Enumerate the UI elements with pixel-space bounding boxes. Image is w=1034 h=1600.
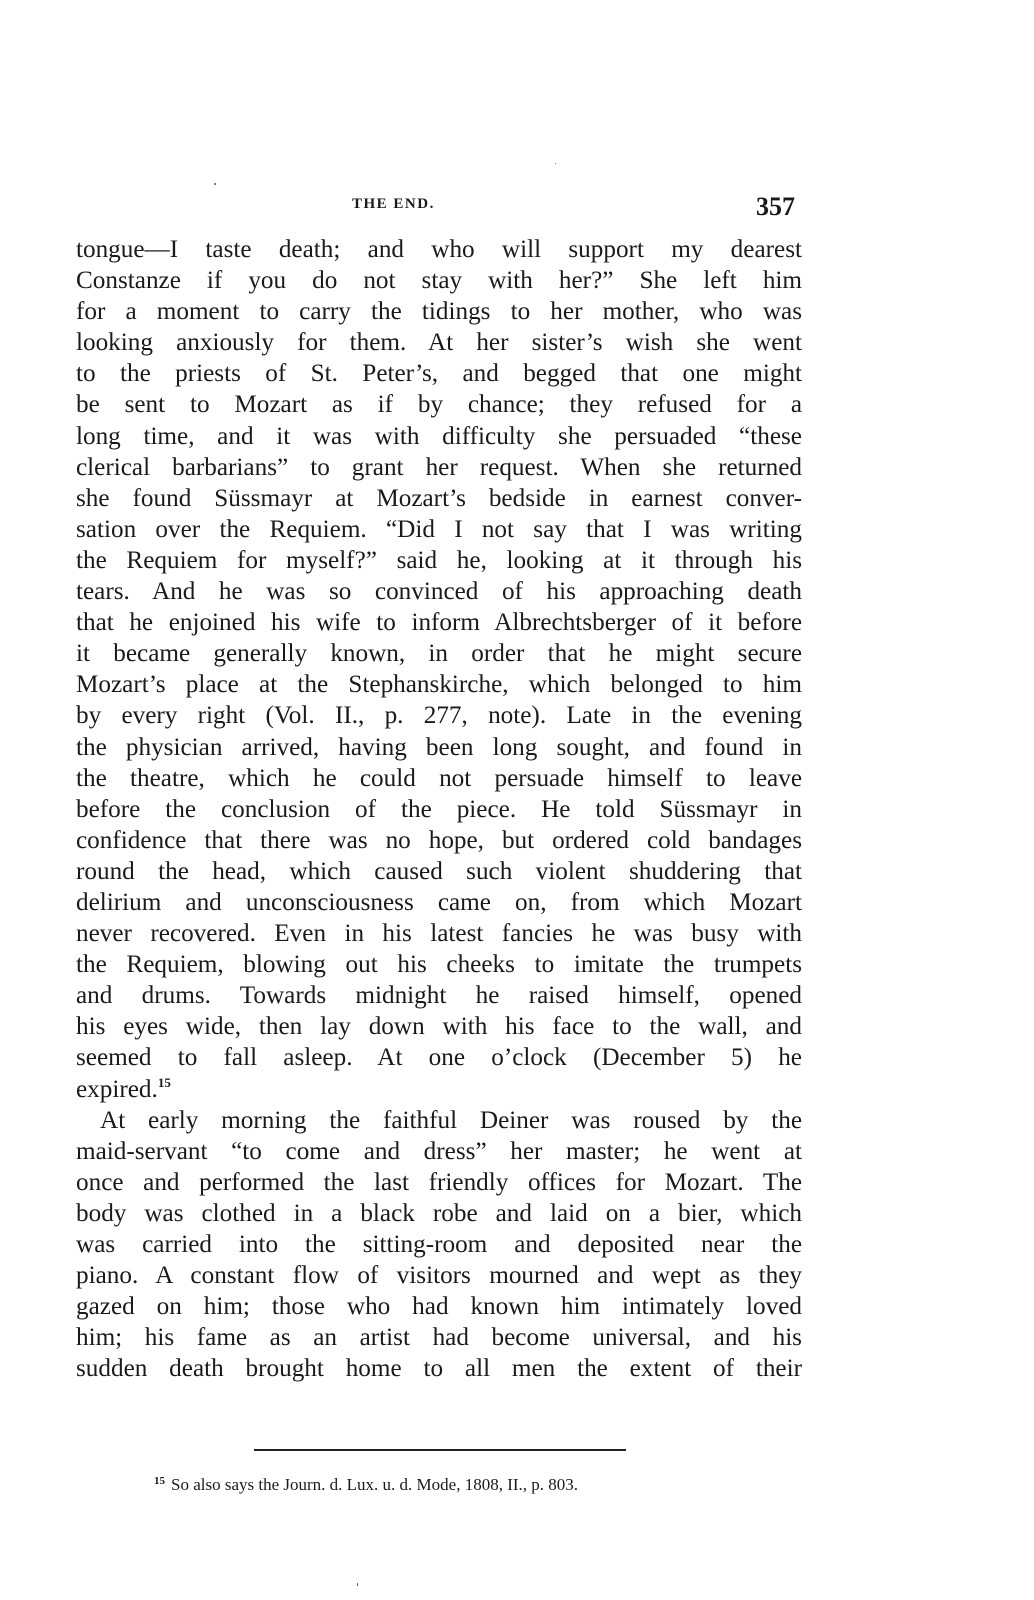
running-title: THE END. — [352, 196, 435, 213]
text-line: his eyes wide, then lay down with his fa… — [76, 1011, 802, 1042]
text-line: the Requiem for myself?” said he, lookin… — [76, 545, 802, 576]
text-line: for a moment to carry the tidings to her… — [76, 296, 802, 327]
scan-speck — [214, 183, 216, 185]
footnote-text: So also says the Journ. d. Lux. u. d. Mo… — [171, 1475, 578, 1494]
text-line-paragraph-end: expired.15 — [76, 1074, 802, 1105]
text-line: gazed on him; those who had known him in… — [76, 1291, 802, 1322]
body-text: tongue—I taste death; and who will suppo… — [76, 234, 802, 1384]
page-number: 357 — [756, 192, 795, 222]
text-line: and drums. Towards midnight he raised hi… — [76, 980, 802, 1011]
text-line: the physician arrived, having been long … — [76, 732, 802, 763]
text-line: round the head, which caused such violen… — [76, 856, 802, 887]
text-line: before the conclusion of the piece. He t… — [76, 794, 802, 825]
text-line: Constanze if you do not stay with her?” … — [76, 265, 802, 296]
scan-speck — [357, 1583, 358, 1586]
text-line: be sent to Mozart as if by chance; they … — [76, 389, 802, 420]
text-line: never recovered. Even in his latest fanc… — [76, 918, 802, 949]
scan-speck — [555, 163, 556, 164]
text-line: seemed to fall asleep. At one o’clock (D… — [76, 1042, 802, 1073]
text-line: tears. And he was so convinced of his ap… — [76, 576, 802, 607]
text-line: Mozart’s place at the Stephanskirche, wh… — [76, 669, 802, 700]
text-line: looking anxiously for them. At her siste… — [76, 327, 802, 358]
footnote: 15So also says the Journ. d. Lux. u. d. … — [154, 1470, 578, 1496]
footnote-reference: 15 — [158, 1075, 171, 1090]
text-line: sation over the Requiem. “Did I not say … — [76, 514, 802, 545]
text-line: that he enjoined his wife to inform Albr… — [76, 607, 802, 638]
text-line: piano. A constant flow of visitors mourn… — [76, 1260, 802, 1291]
text-line: clerical barbarians” to grant her reques… — [76, 452, 802, 483]
footnote-divider — [254, 1449, 626, 1451]
text-line: she found Süssmayr at Mozart’s bedside i… — [76, 483, 802, 514]
text-line: once and performed the last friendly off… — [76, 1167, 802, 1198]
text-line: body was clothed in a black robe and lai… — [76, 1198, 802, 1229]
text-line: sudden death brought home to all men the… — [76, 1353, 802, 1384]
text-line: by every right (Vol. II., p. 277, note).… — [76, 700, 802, 731]
book-page: THE END. 357 tongue—I taste death; and w… — [0, 0, 1034, 1600]
text-line: it became generally known, in order that… — [76, 638, 802, 669]
text-line: delirium and unconsciousness came on, fr… — [76, 887, 802, 918]
text-line: maid-servant “to come and dress” her mas… — [76, 1136, 802, 1167]
text-line-paragraph-start: At early morning the faithful Deiner was… — [76, 1105, 802, 1136]
text-line: confidence that there was no hope, but o… — [76, 825, 802, 856]
text-line: was carried into the sitting-room and de… — [76, 1229, 802, 1260]
text-line: tongue—I taste death; and who will suppo… — [76, 234, 802, 265]
text-line: the Requiem, blowing out his cheeks to i… — [76, 949, 802, 980]
text-line: the theatre, which he could not persuade… — [76, 763, 802, 794]
text-line: to the priests of St. Peter’s, and begge… — [76, 358, 802, 389]
footnote-mark: 15 — [154, 1475, 165, 1487]
text-line: long time, and it was with difficulty sh… — [76, 421, 802, 452]
text-line-content: expired. — [76, 1076, 158, 1103]
text-line: him; his fame as an artist had become un… — [76, 1322, 802, 1353]
running-header: THE END. 357 — [0, 192, 1034, 222]
